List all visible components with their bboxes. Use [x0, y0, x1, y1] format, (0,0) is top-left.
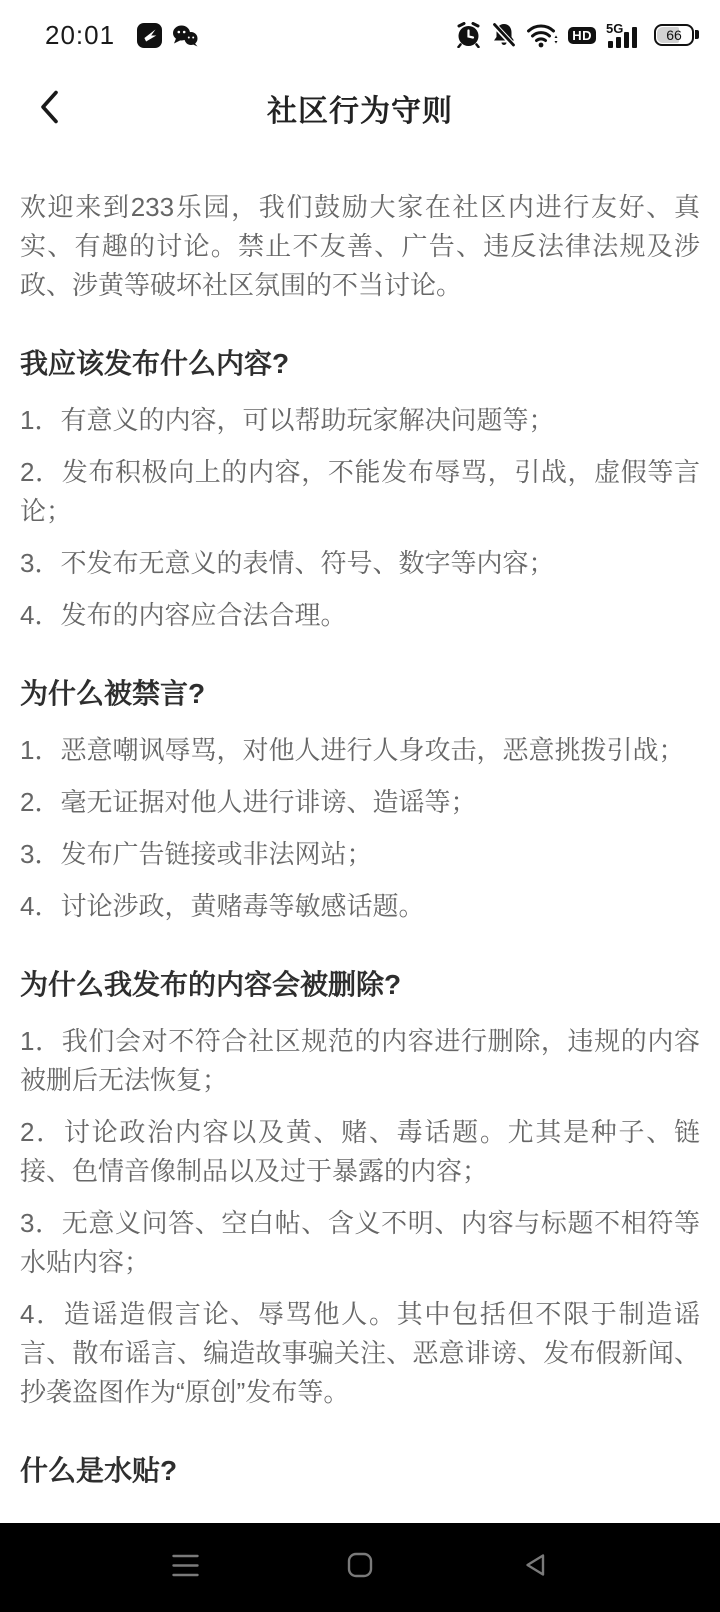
rule-item: 1．我们会对不符合社区规范的内容进行删除，违规的内容被删后无法恢复；: [20, 1022, 700, 1100]
alarm-clock-icon: [456, 22, 481, 48]
signal-5g-icon: 5G: [606, 22, 644, 49]
status-indicators: HD 5G 66: [456, 22, 694, 49]
battery-percent: 66: [666, 28, 682, 42]
back-button[interactable]: [38, 90, 74, 128]
section-what-to-post: 我应该发布什么内容? 1．有意义的内容，可以帮助玩家解决问题等； 2．发布积极向…: [20, 343, 700, 635]
home-icon: [347, 1552, 373, 1583]
battery-icon: 66: [654, 24, 694, 46]
notification-icons: [137, 23, 199, 48]
rule-item: 1．恶意嘲讽辱骂，对他人进行人身攻击，恶意挑拨引战；: [20, 731, 700, 770]
section-heading: 我应该发布什么内容?: [20, 343, 700, 385]
rule-item: 2．讨论政治内容以及黄、赌、毒话题。尤其是种子、链接、色情音像制品以及过于暴露的…: [20, 1113, 700, 1191]
hd-badge: HD: [568, 27, 596, 44]
recent-apps-icon: [172, 1553, 199, 1583]
status-bar: 20:01: [0, 0, 720, 64]
wing-app-icon: [137, 23, 162, 48]
rule-item: 3．发布广告链接或非法网站；: [20, 835, 700, 874]
rule-item: 2．发布积极向上的内容，不能发布辱骂，引战，虚假等言论；: [20, 453, 700, 531]
wifi-icon: [527, 23, 558, 48]
back-icon: [521, 1552, 549, 1583]
section-why-deleted: 为什么我发布的内容会被删除? 1．我们会对不符合社区规范的内容进行删除，违规的内…: [20, 964, 700, 1412]
screen: 20:01: [0, 0, 720, 1612]
intro-paragraph: 欢迎来到233乐园，我们鼓励大家在社区内进行友好、真实、有趣的讨论。禁止不友善、…: [20, 188, 700, 305]
rule-item: 3．不发布无意义的表情、符号、数字等内容；: [20, 544, 700, 583]
status-time: 20:01: [45, 20, 115, 51]
section-heading: 什么是水贴?: [20, 1450, 700, 1492]
section-why-muted: 为什么被禁言? 1．恶意嘲讽辱骂，对他人进行人身攻击，恶意挑拨引战； 2．毫无证…: [20, 673, 700, 926]
nav-home-button[interactable]: [346, 1554, 374, 1582]
back-chevron-icon: [38, 89, 61, 130]
notifications-muted-icon: [491, 22, 517, 48]
nav-back-button[interactable]: [521, 1554, 549, 1582]
wechat-icon: [172, 24, 199, 47]
nav-recent-apps-button[interactable]: [171, 1554, 199, 1582]
android-nav-bar: [0, 1523, 720, 1612]
rule-item: 4．讨论涉政，黄赌毒等敏感话题。: [20, 887, 700, 926]
guidelines-content: 欢迎来到233乐园，我们鼓励大家在社区内进行友好、真实、有趣的讨论。禁止不友善、…: [0, 188, 720, 1492]
signal-bars: [608, 27, 637, 48]
rule-item: 1．有意义的内容，可以帮助玩家解决问题等；: [20, 401, 700, 440]
rule-item: 2．毫无证据对他人进行诽谤、造谣等；: [20, 783, 700, 822]
section-heading: 为什么我发布的内容会被删除?: [20, 964, 700, 1006]
rule-item: 3．无意义问答、空白帖、含义不明、内容与标题不相符等水贴内容；: [20, 1204, 700, 1282]
section-heading: 为什么被禁言?: [20, 673, 700, 715]
section-what-is-water-post: 什么是水贴?: [20, 1450, 700, 1492]
page-title: 社区行为守则: [267, 86, 453, 130]
page-header: 社区行为守则: [0, 64, 720, 152]
rule-item: 4．发布的内容应合法合理。: [20, 596, 700, 635]
rule-item: 4．造谣造假言论、辱骂他人。其中包括但不限于制造谣言、散布谣言、编造故事骗关注、…: [20, 1295, 700, 1412]
